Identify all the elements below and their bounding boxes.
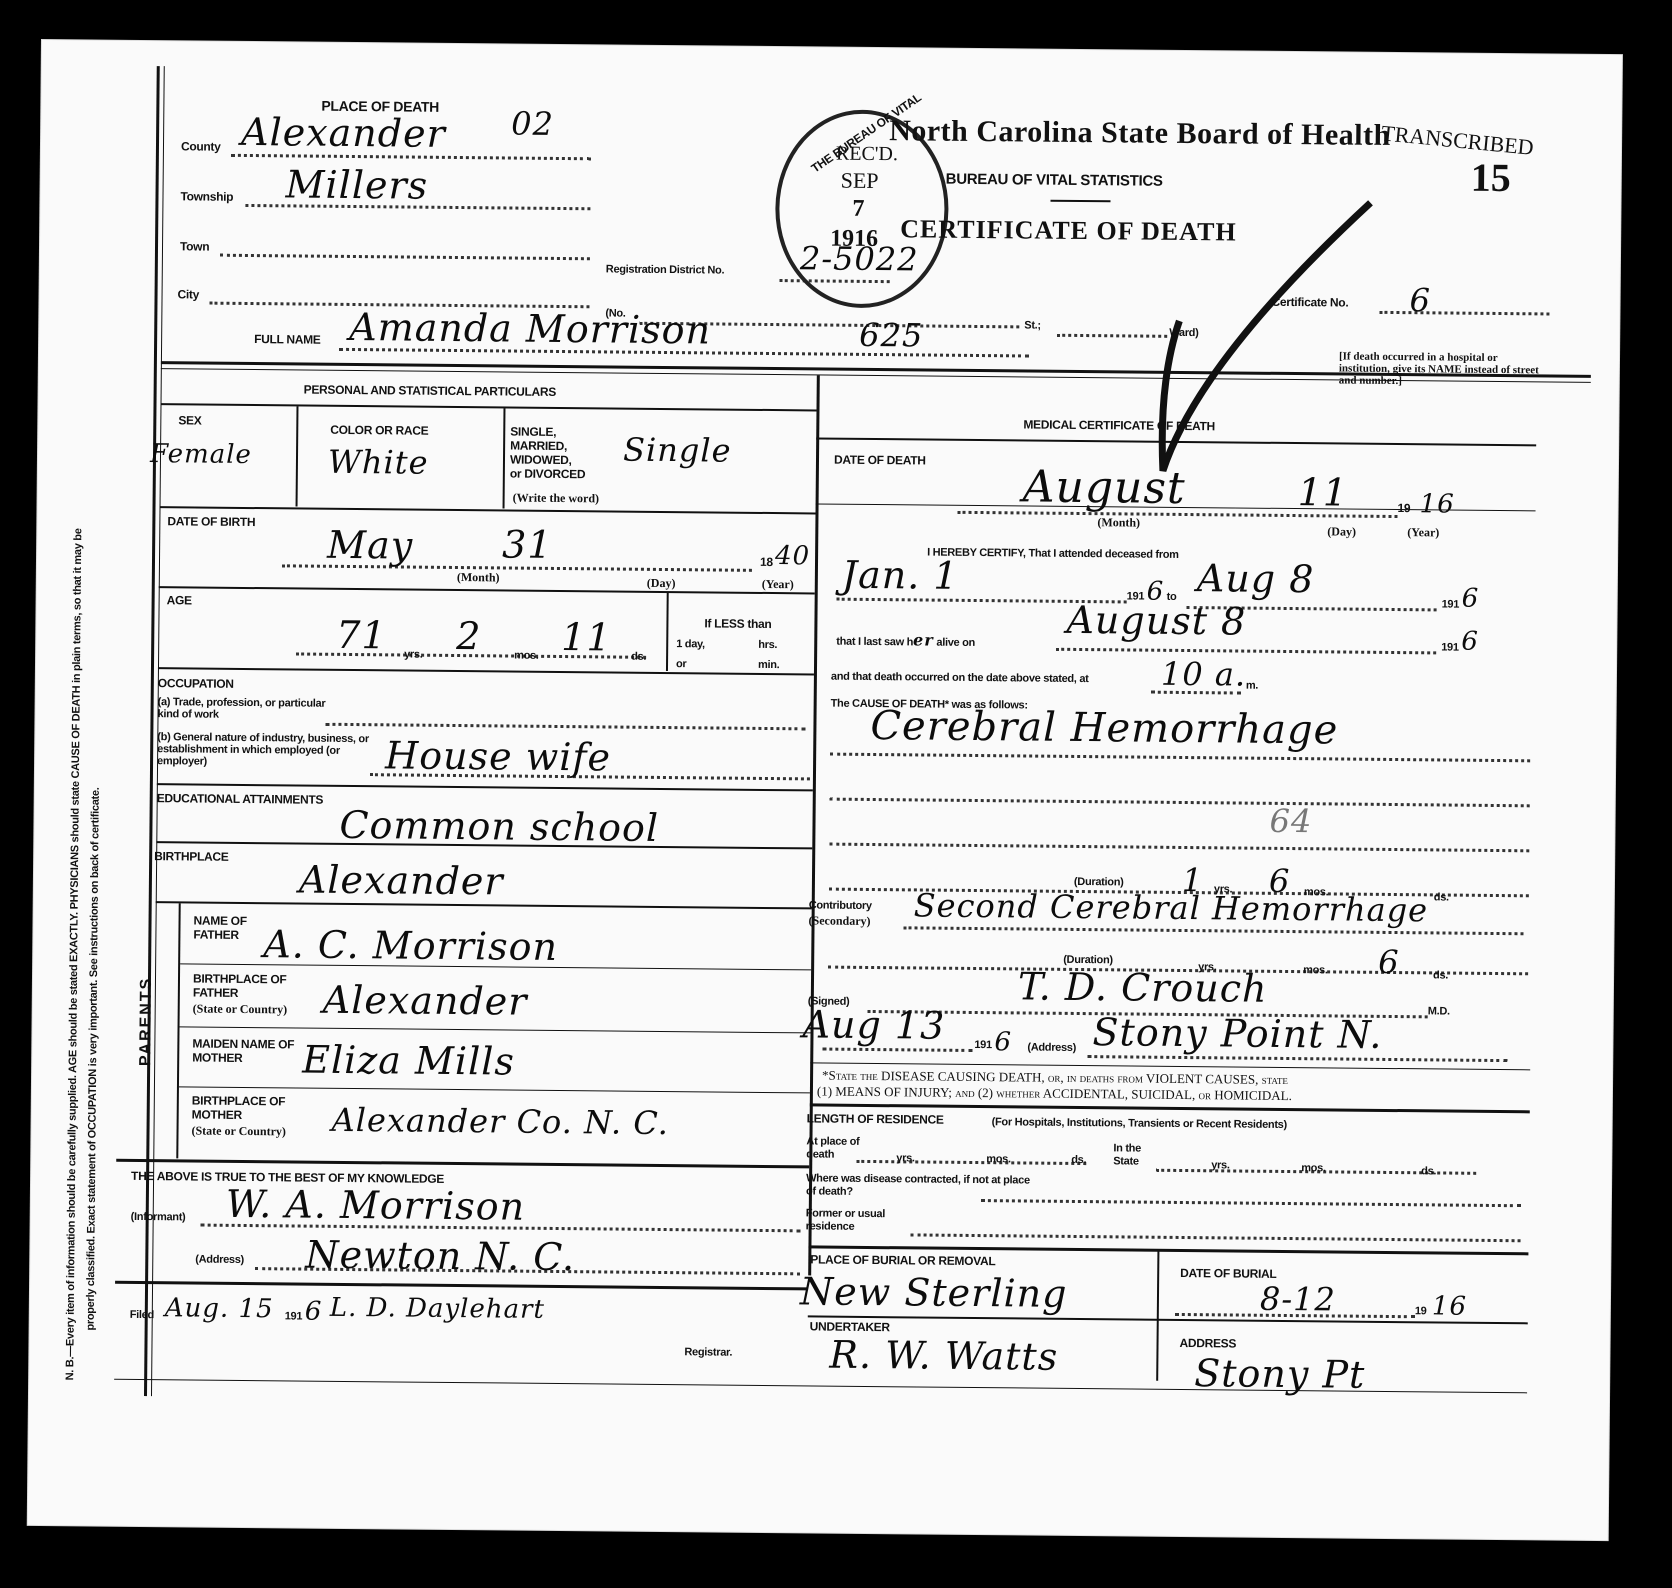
- marital-label-line: or DIVORCED: [510, 467, 586, 482]
- burial-address-label: ADDRESS: [1179, 1336, 1236, 1351]
- informant-label: (Informant): [131, 1211, 186, 1224]
- min-label: min.: [758, 659, 780, 671]
- father-name-value: A. C. Morrison: [263, 922, 558, 969]
- burial-place-value: New Sterling: [800, 1269, 1068, 1316]
- signed-year: 6: [994, 1027, 1012, 1057]
- burial-divider: [1156, 1251, 1159, 1381]
- city-label: City: [177, 287, 199, 301]
- birthplace-label: BIRTHPLACE: [154, 849, 228, 864]
- parents-side-label: PARENTS: [137, 977, 156, 1066]
- signed-value: T. D. Crouch: [1018, 964, 1268, 1010]
- full-name-annotation: 625: [859, 316, 923, 355]
- board-title: North Carolina State Board of Health: [889, 114, 1391, 153]
- transcribed-number: 15: [1471, 154, 1511, 201]
- marital-label-line: WIDOWED,: [510, 453, 586, 468]
- in-state-label: In the State: [1113, 1142, 1163, 1168]
- burial-year-prefix: 19: [1415, 1305, 1427, 1317]
- filed-year: 6: [305, 1297, 323, 1327]
- marital-label: SINGLE, MARRIED, WIDOWED, or DIVORCED: [510, 425, 586, 482]
- dod-year-hint: (Year): [1407, 525, 1439, 540]
- certify-text: I HEREBY CERTIFY, That I attended deceas…: [927, 547, 1179, 561]
- township-value: Millers: [285, 162, 428, 207]
- birthplace-value: Alexander: [299, 858, 504, 904]
- contracted-line: [981, 1199, 1521, 1207]
- filed-date: Aug. 15: [165, 1293, 274, 1324]
- side-note-line-1: N. B.—Every item of information should b…: [64, 528, 84, 1380]
- sex-value: Female: [150, 439, 252, 470]
- mother-birthplace-label: BIRTHPLACE OF MOTHER: [192, 1093, 302, 1122]
- burial-date-label: DATE OF BURIAL: [1180, 1266, 1276, 1281]
- time-value: 10 a.: [1161, 655, 1247, 694]
- occupation-b-label: (b) General nature of industry, business…: [157, 731, 377, 769]
- certificate-no-value: 6: [1409, 281, 1431, 319]
- dob-month-hint: (Month): [457, 570, 500, 585]
- contributory-value: Second Cerebral Hemorrhage: [914, 886, 1429, 929]
- cause-value: Cerebral Hemorrhage: [870, 703, 1338, 753]
- residence-heading-note: (For Hospitals, Institutions, Transients…: [992, 1116, 1287, 1131]
- registrar-label: Registrar.: [684, 1346, 732, 1358]
- marital-hint: (Write the word): [513, 491, 600, 507]
- informant-address-label: (Address): [195, 1254, 244, 1266]
- informant-value: W. A. Morrison: [226, 1182, 526, 1229]
- last-saw-year-prefix: 191: [1441, 641, 1459, 653]
- registration-district-label: Registration District No.: [606, 263, 725, 276]
- father-birthplace-hint: (State or Country): [193, 1001, 288, 1017]
- row-rule: [158, 667, 814, 675]
- mother-birthplace-hint: (State or Country): [191, 1123, 286, 1139]
- county-value: Alexander: [241, 110, 446, 156]
- attended-to-year-prefix: 191: [1442, 598, 1460, 610]
- last-saw-prefix: that I last saw h: [836, 636, 913, 649]
- cause-code: 64: [1269, 802, 1312, 840]
- certificate-no-label: Certificate No.: [1271, 295, 1348, 310]
- side-note-line-2: properly classified. Exact statement of …: [85, 787, 102, 1330]
- last-saw-value: August 8: [1066, 598, 1246, 644]
- death-occurred-label: and that death occurred on the date abov…: [831, 671, 1089, 685]
- burial-place-label: PLACE OF BURIAL OR REMOVAL: [810, 1252, 995, 1268]
- street-st-label: St.;: [1024, 319, 1041, 331]
- contributory-label: Contributory: [809, 899, 872, 912]
- full-name-label: FULL NAME: [254, 332, 321, 347]
- age-mos-label: mos.: [514, 650, 539, 662]
- cause-line-1: [830, 753, 1530, 763]
- occupation-a-label: (a) Trade, profession, or particular kin…: [157, 696, 342, 722]
- last-saw-suffix: alive on: [936, 637, 975, 649]
- education-label: EDUCATIONAL ATTAINMENTS: [157, 791, 324, 807]
- duration-ds-label: ds.: [1434, 891, 1449, 903]
- dod-year: 16: [1419, 489, 1454, 519]
- county-code: 02: [511, 105, 554, 143]
- dob-day-hint: (Day): [647, 576, 676, 591]
- signed-date-line: [822, 1048, 972, 1052]
- occupation-label: OCCUPATION: [158, 676, 234, 691]
- contrib-duration-days: 6: [1378, 943, 1400, 981]
- age-months: 2: [456, 614, 482, 658]
- row-rule: [179, 1086, 810, 1093]
- contrib-mos-label: mos.: [1303, 964, 1328, 976]
- town-label: Town: [180, 239, 209, 253]
- occupation-b-value: House wife: [385, 733, 611, 779]
- dob-year-hint: (Year): [762, 577, 794, 592]
- filed-year-prefix: 191: [285, 1310, 303, 1322]
- town-line: [220, 254, 590, 261]
- last-saw-pronoun: er: [913, 630, 934, 649]
- personal-rule: [161, 403, 817, 411]
- signed-year-prefix: 191: [974, 1039, 992, 1051]
- marital-label-line: MARRIED,: [510, 439, 586, 454]
- in-state-ds: ds.: [1421, 1165, 1436, 1177]
- age-label: AGE: [167, 593, 192, 607]
- registrar-signature: L. D. Daylehart: [330, 1293, 545, 1325]
- mother-name-value: Eliza Mills: [302, 1038, 515, 1084]
- one-day-label: 1 day,: [676, 638, 705, 650]
- at-place-ds: ds.: [1071, 1154, 1086, 1166]
- checkmark-icon: [1138, 181, 1391, 483]
- dob-year-prefix: 18: [760, 555, 773, 569]
- last-saw-label-a: that I last saw her alive on: [836, 630, 975, 650]
- last-saw-line: [1056, 648, 1436, 655]
- father-birthplace-value: Alexander: [323, 978, 528, 1024]
- stamp-year: 1916: [830, 226, 878, 253]
- dod-month-hint: (Month): [1097, 515, 1140, 530]
- sex-divider: [296, 406, 299, 506]
- occupation-a-line: [325, 723, 805, 731]
- personal-heading: PERSONAL AND STATISTICAL PARTICULARS: [304, 383, 556, 399]
- medical-address-line: [1087, 1055, 1507, 1062]
- dod-day-hint: (Day): [1327, 524, 1356, 539]
- at-place-line: [856, 1160, 1086, 1165]
- race-value: White: [328, 443, 429, 482]
- age-days: 11: [561, 615, 612, 659]
- row-rule: [157, 783, 813, 791]
- race-label: COLOR OR RACE: [330, 423, 428, 438]
- burial-date-value: 8-12: [1260, 1280, 1336, 1319]
- parents-divider: [176, 903, 180, 1158]
- secondary-label: (Secondary): [809, 913, 871, 929]
- former-residence-label: Former or usual residence: [806, 1207, 926, 1234]
- informant-address-value: Newton N. C.: [305, 1233, 575, 1280]
- medical-address-value: Stony Point N.: [1092, 1010, 1382, 1057]
- father-birthplace-label: BIRTHPLACE OF FATHER: [193, 971, 303, 1000]
- sex-label: SEX: [178, 413, 201, 427]
- title-divider: [1050, 200, 1110, 203]
- dob-label: DATE OF BIRTH: [167, 514, 255, 529]
- if-less-label: If LESS than: [704, 616, 771, 631]
- row-rule-bold: [115, 1281, 808, 1291]
- marital-label-line: SINGLE,: [510, 425, 586, 440]
- dob-year: 40: [775, 541, 810, 571]
- contributory-line: [904, 926, 1524, 935]
- residence-heading: LENGTH OF RESIDENCE: [807, 1111, 944, 1126]
- medical-heading: MEDICAL CERTIFICATE OF DEATH: [1023, 417, 1215, 433]
- cause-line-3: [829, 843, 1529, 853]
- at-place-yrs: yrs.: [896, 1152, 914, 1164]
- attended-from: Jan. 1: [842, 553, 959, 598]
- attended-to-year: 6: [1462, 584, 1480, 614]
- stamp-month: SEP: [841, 168, 879, 194]
- race-divider: [503, 408, 506, 508]
- filed-label: Filed: [130, 1309, 154, 1321]
- signed-date: Aug 13: [802, 1002, 945, 1047]
- age-yrs-label: yrs.: [404, 649, 422, 661]
- row-rule: [159, 586, 815, 594]
- marital-value: Single: [623, 431, 732, 470]
- township-label: Township: [180, 189, 233, 204]
- age-ds-label: ds.: [631, 651, 646, 663]
- contracted-label: Where was disease contracted, if not at …: [806, 1172, 1036, 1200]
- row-rule: [160, 506, 816, 514]
- full-name-value: Amanda Morrison: [349, 305, 711, 352]
- row-rule: [180, 1026, 811, 1033]
- cause-line-2: [830, 798, 1530, 808]
- at-place-mos: mos.: [986, 1153, 1011, 1165]
- undertaker-value: R. W. Watts: [829, 1333, 1058, 1379]
- former-residence-line: [911, 1233, 1521, 1242]
- last-saw-year: 6: [1461, 627, 1479, 657]
- hrs-label: hrs.: [758, 639, 777, 651]
- footnote-line-2: (1) MEANS OF INJURY; and (2) whether ACC…: [817, 1083, 1292, 1104]
- transcribed-stamp: TRANSCRIBED: [1380, 120, 1535, 161]
- county-label: County: [181, 139, 221, 153]
- bureau-title: BUREAU OF VITAL STATISTICS: [946, 171, 1163, 190]
- time-m-label: m.: [1246, 680, 1258, 692]
- attended-to: Aug 8: [1197, 556, 1315, 601]
- in-state-mos: mos.: [1301, 1162, 1326, 1174]
- age-years: 71: [336, 613, 387, 657]
- contrib-ds-label: ds.: [1433, 969, 1448, 981]
- if-less-divider: [666, 593, 669, 671]
- burial-year: 16: [1432, 1291, 1467, 1321]
- duration-label: (Duration): [1074, 876, 1124, 888]
- stamp-day: 7: [852, 196, 864, 223]
- in-state-yrs: yrs.: [1211, 1159, 1229, 1171]
- mother-birthplace-value: Alexander Co. N. C.: [331, 1101, 669, 1142]
- at-place-label: At place of death: [806, 1135, 876, 1162]
- or-label: or: [676, 658, 687, 670]
- medical-address-label: (Address): [1027, 1042, 1076, 1054]
- md-label: M.D.: [1428, 1005, 1450, 1017]
- death-certificate-page: N. B.—Every item of information should b…: [28, 40, 1622, 1540]
- certificate-no-line: [1379, 311, 1549, 316]
- dob-month: May: [327, 523, 413, 568]
- dob-day: 31: [502, 522, 553, 566]
- hospital-note: [If death occurred in a hospital or inst…: [1339, 350, 1539, 388]
- row-rule-bold: [116, 1159, 809, 1169]
- date-of-death-label: DATE OF DEATH: [834, 453, 926, 468]
